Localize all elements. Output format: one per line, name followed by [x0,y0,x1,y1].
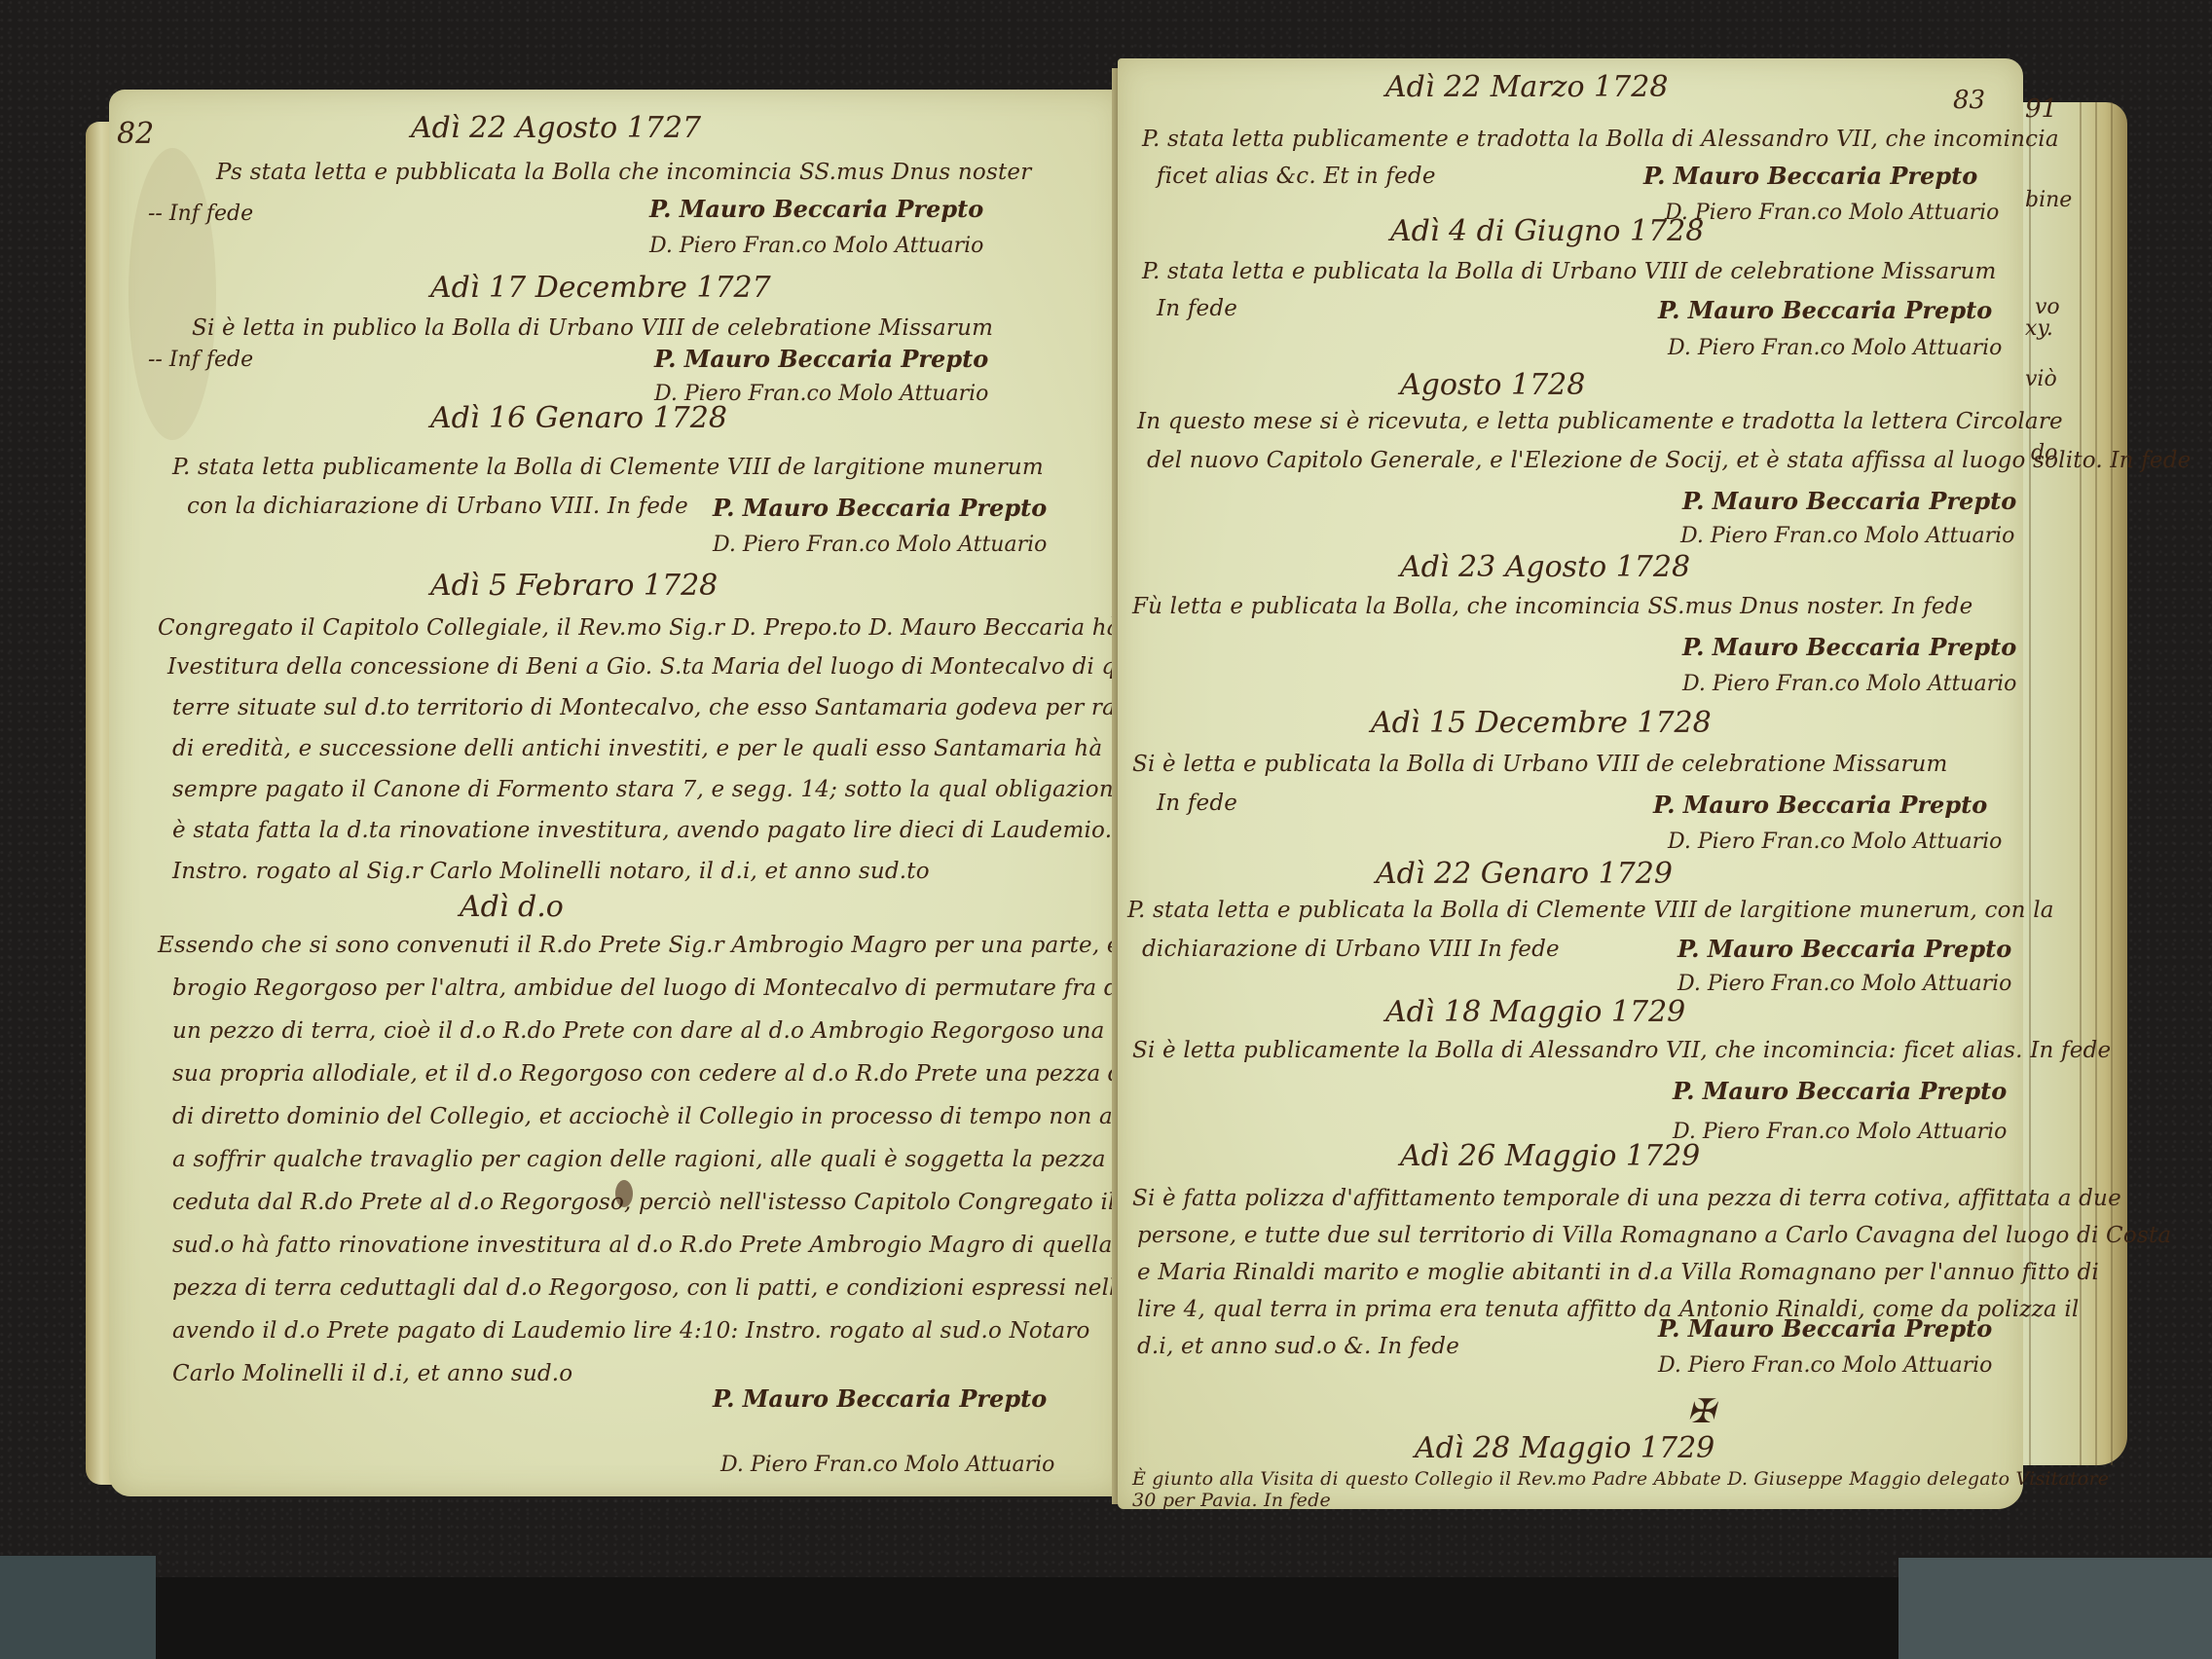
entry-text: Essendo che si sono convenuti il R.do Pr… [158,933,1182,958]
entry-text: Si è fatta polizza d'affittamento tempor… [1132,1186,2121,1211]
entry-text: ficet alias &c. Et in fede [1157,164,1436,189]
signature-provost: P. Mauro Beccaria Prepto [1643,162,1977,190]
entry-date: Adì 26 Maggio 1729 [1400,1139,1700,1173]
entry-text: di eredità, e successione delli antichi … [172,736,1102,761]
next-leaf-folio: 91 [2025,94,2057,124]
entry-text: un pezzo di terra, cioè il d.o R.do Pret… [172,1018,1272,1044]
signature-provost: P. Mauro Beccaria Prepto [649,195,983,223]
entry-date: Adì 15 Decembre 1728 [1371,706,1712,740]
entry-text: sempre pagato il Canone di Formento star… [172,777,1163,802]
entry-text: Congregato il Capitolo Collegiale, il Re… [158,615,1182,641]
signature-actuary: D. Piero Fran.co Molo Attuario [720,1453,1054,1477]
entry-date: Adì 18 Maggio 1729 [1385,995,1685,1029]
signature-provost: P. Mauro Beccaria Prepto [1673,1077,2007,1105]
signature-actuary: D. Piero Fran.co Molo Attuario [1668,829,2002,854]
entry-text: dichiarazione di Urbano VIII In fede [1142,937,1560,962]
next-leaf-fragment: viò [2025,367,2057,391]
right-page: 83 Adì 22 Marzo 1728 P. stata letta publ… [1118,58,2023,1509]
entry-date: Adì 4 di Giugno 1728 [1390,214,1704,248]
entry-date: Adì 16 Genaro 1728 [430,401,727,435]
entry-text: Si è letta e publicata la Bolla di Urban… [1132,752,1948,777]
signature-provost: P. Mauro Beccaria Prepto [654,345,988,373]
entry-text: In questo mese si è ricevuta, e letta pu… [1137,409,2063,434]
entry-text-continuation: 30 per Pavia. In fede [1132,1490,1331,1511]
background-gray-panel-right [1899,1558,2212,1659]
folio-number: 82 [117,117,154,151]
entry-text: In fede [1157,791,1237,816]
entry-text: P. stata letta publicamente e tradotta l… [1142,127,2059,152]
signature-provost: P. Mauro Beccaria Prepto [1658,296,1992,324]
entry-text: sua propria allodiale, et il d.o Regorgo… [172,1061,1195,1087]
entry-text: persone, e tutte due sul territorio di V… [1137,1223,2171,1248]
entry-text: e Maria Rinaldi marito e moglie abitanti… [1137,1260,2099,1285]
signature-actuary: D. Piero Fran.co Molo Attuario [1682,672,2016,696]
entry-text: del nuovo Capitolo Generale, e l'Elezion… [1147,448,2191,473]
signature-provost: P. Mauro Beccaria Prepto [713,494,1047,522]
entry-text: Ps stata letta e pubblicata la Bolla che… [216,160,1031,185]
entry-text: P. stata letta e publicata la Bolla di C… [1127,898,2054,923]
entry-text: Ivestitura della concessione di Beni a G… [167,654,1172,680]
entry-text: P. stata letta e publicata la Bolla di U… [1142,259,1996,284]
signature-actuary: D. Piero Fran.co Molo Attuario [1658,1353,1992,1378]
signature-actuary: D. Piero Fran.co Molo Attuario [1665,201,1999,225]
signature-actuary: D. Piero Fran.co Molo Attuario [1668,336,2002,360]
entry-date: Adì 22 Genaro 1729 [1376,857,1673,891]
signature-actuary: D. Piero Fran.co Molo Attuario [649,234,983,258]
entry-text: è stata fatta la d.ta rinovatione invest… [172,818,1112,843]
entry-text: brogio Regorgoso per l'altra, ambidue de… [172,976,1179,1001]
signature-provost: P. Mauro Beccaria Prepto [1682,633,2016,661]
margin-note: -- Inf fede [148,202,253,226]
next-leaf-fragment: xy. [2025,316,2053,341]
entry-date: Adì 22 Agosto 1727 [411,111,701,145]
entry-date: Adì 28 Maggio 1729 [1415,1431,1714,1465]
background-gray-panel-left [0,1556,156,1659]
entry-text: Si è letta in publico la Bolla di Urbano… [192,315,993,341]
next-leaf-fragment: bine [2025,188,2072,212]
entry-text: P. stata letta publicamente la Bolla di … [172,455,1044,480]
entry-text: terre situate sul d.to territorio di Mon… [172,695,1179,720]
background-shadow [156,1577,1899,1659]
entry-text: d.i, et anno sud.o &. In fede [1137,1334,1459,1359]
entry-text: ceduta dal R.do Prete al d.o Regorgoso, … [172,1190,1270,1215]
entry-text: Carlo Molinelli il d.i, et anno sud.o [172,1361,572,1386]
entry-text: In fede [1157,296,1237,321]
entry-text: con la dichiarazione di Urbano VIII. In … [187,494,688,519]
entry-date: Adì 23 Agosto 1728 [1400,550,1690,584]
margin-note: -- Inf fede [148,348,253,372]
entry-text: avendo il d.o Prete pagato di Laudemio l… [172,1318,1090,1344]
entry-text: Si è letta publicamente la Bolla di Ales… [1132,1038,2111,1063]
entry-text: di diretto dominio del Collegio, et acci… [172,1104,1176,1129]
entry-text: Fù letta e publicata la Bolla, che incom… [1132,594,1972,619]
folio-number: 83 [1953,86,1985,115]
signature-provost: P. Mauro Beccaria Prepto [1658,1314,1992,1343]
entry-date: Adì 22 Marzo 1728 [1385,70,1668,104]
signature-provost: P. Mauro Beccaria Prepto [1677,935,2011,963]
signature-actuary: D. Piero Fran.co Molo Attuario [713,533,1047,557]
entry-date: Adì 5 Febraro 1728 [430,569,718,603]
signature-provost: P. Mauro Beccaria Prepto [713,1384,1047,1413]
entry-date: Adì d.o [460,890,564,924]
entry-text: Instro. rogato al Sig.r Carlo Molinelli … [172,859,930,884]
left-page: 82 -- Inf fede -- Inf fede Adì 22 Agosto… [109,90,1122,1496]
signature-provost: P. Mauro Beccaria Prepto [1653,791,1987,819]
cross-mark-icon: ✠ [1687,1392,1715,1431]
entry-text: È giunto alla Visita di questo Collegio … [1132,1468,2109,1490]
signature-actuary: D. Piero Fran.co Molo Attuario [1673,1120,2007,1144]
entry-date: Adì 17 Decembre 1727 [430,271,771,305]
entry-date: Agosto 1728 [1400,368,1585,402]
signature-actuary: D. Piero Fran.co Molo Attuario [1680,524,2014,548]
entry-text: sud.o hà fatto rinovatione investitura a… [172,1233,1113,1258]
signature-provost: P. Mauro Beccaria Prepto [1682,487,2016,515]
entry-text: a soffrir qualche travaglio per cagion d… [172,1147,1200,1172]
entry-text: pezza di terra ceduttagli dal d.o Regorg… [172,1275,1199,1301]
signature-actuary: D. Piero Fran.co Molo Attuario [1677,972,2011,996]
